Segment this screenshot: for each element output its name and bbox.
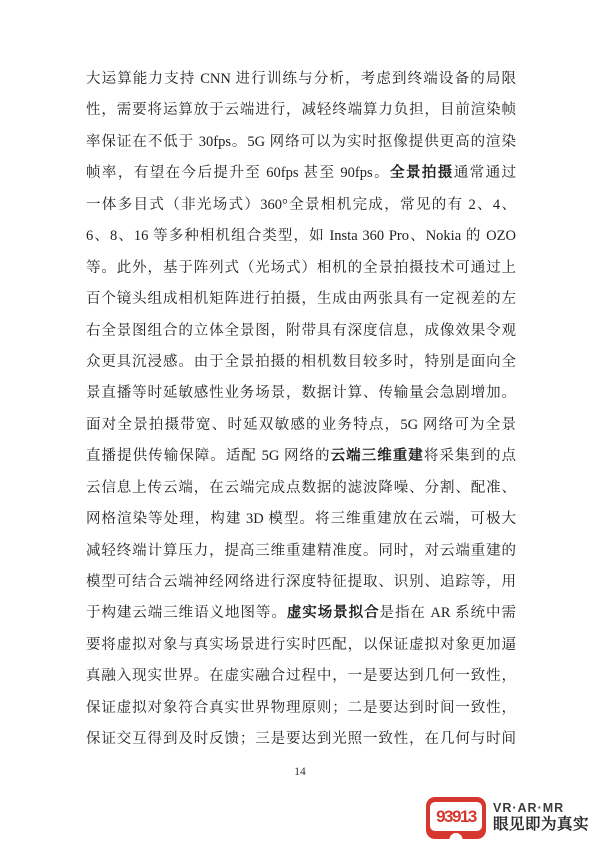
goggles-nose-notch [449,833,462,840]
text-line: 6、8、16 等多种相机组合类型，如 Insta 360 Pro、Nokia 的… [86,221,516,252]
text-line: 右全景图组合的立体全景图，附带具有深度信息，成像效果令观 [86,316,516,347]
bold-term: 云端三维重建 [331,448,424,464]
logo-badge-text: 93913 [436,808,476,825]
body-text: 大运算能力支持 CNN 进行训练与分析，考虑到终端设备的局限性，需要将运算放于云… [86,64,516,756]
bold-term: 虚实场景拟合 [287,605,380,621]
logo-tagline-vr-ar-mr: VR·AR·MR [493,802,589,816]
text-line: 大运算能力支持 CNN 进行训练与分析，考虑到终端设备的局限 [86,64,516,95]
document-page: 大运算能力支持 CNN 进行训练与分析，考虑到终端设备的局限性，需要将运算放于云… [0,0,600,848]
page-number: 14 [0,766,600,778]
text-line: 真融入现实世界。在虚实融合过程中，一是要达到几何一致性， [86,661,516,692]
watermark-logo: 93913 VR·AR·MR 眼见即为真实 [426,797,589,839]
vr-goggles-logo-icon: 93913 [426,797,486,839]
text-line: 众更具沉浸感。由于全景拍摄的相机数目较多时，特别是面向全 [86,347,516,378]
bold-term: 全景拍摄 [390,165,454,181]
text-line: 保证交互得到及时反馈；三是要达到光照一致性，在几何与时间 [86,724,516,755]
text-line: 率保证在不低于 30fps。5G 网络可以为实时抠像提供更高的渲染 [86,127,516,158]
text-line: 等。此外，基于阵列式（光场式）相机的全景拍摄技术可通过上 [86,253,516,284]
goggles-lens-area: 93913 [430,802,482,831]
text-line: 一体多目式（非光场式）360°全景相机完成，常见的有 2、4、 [86,190,516,221]
text-line: 模型可结合云端神经网络进行深度特征提取、识别、追踪等，用 [86,567,516,598]
text-line: 景直播等时延敏感性业务场景，数据计算、传输量会急剧增加。 [86,378,516,409]
logo-taglines: VR·AR·MR 眼见即为真实 [493,802,589,835]
text-line: 网格渲染等处理，构建 3D 模型。将三维重建放在云端，可极大 [86,504,516,535]
text-line: 于构建云端三维语义地图等。虚实场景拟合是指在 AR 系统中需 [86,598,516,629]
text-line: 减轻终端计算压力，提高三维重建精准度。同时，对云端重建的 [86,536,516,567]
text-line: 保证虚拟对象符合真实世界物理原则；二是要达到时间一致性， [86,693,516,724]
text-line: 云信息上传云端，在云端完成点数据的滤波降噪、分割、配准、 [86,473,516,504]
text-line: 要将虚拟对象与真实场景进行实时匹配，以保证虚拟对象更加逼 [86,630,516,661]
logo-tagline-slogan: 眼见即为真实 [493,816,589,834]
text-line: 性，需要将运算放于云端进行，减轻终端算力负担，目前渲染帧 [86,95,516,126]
text-line: 直播提供传输保障。适配 5G 网络的云端三维重建将采集到的点 [86,441,516,472]
text-line: 百个镜头组成相机矩阵进行拍摄，生成由两张具有一定视差的左 [86,284,516,315]
text-line: 面对全景拍摄带宽、时延双敏感的业务特点，5G 网络可为全景 [86,410,516,441]
text-line: 帧率，有望在今后提升至 60fps 甚至 90fps。全景拍摄通常通过 [86,158,516,189]
